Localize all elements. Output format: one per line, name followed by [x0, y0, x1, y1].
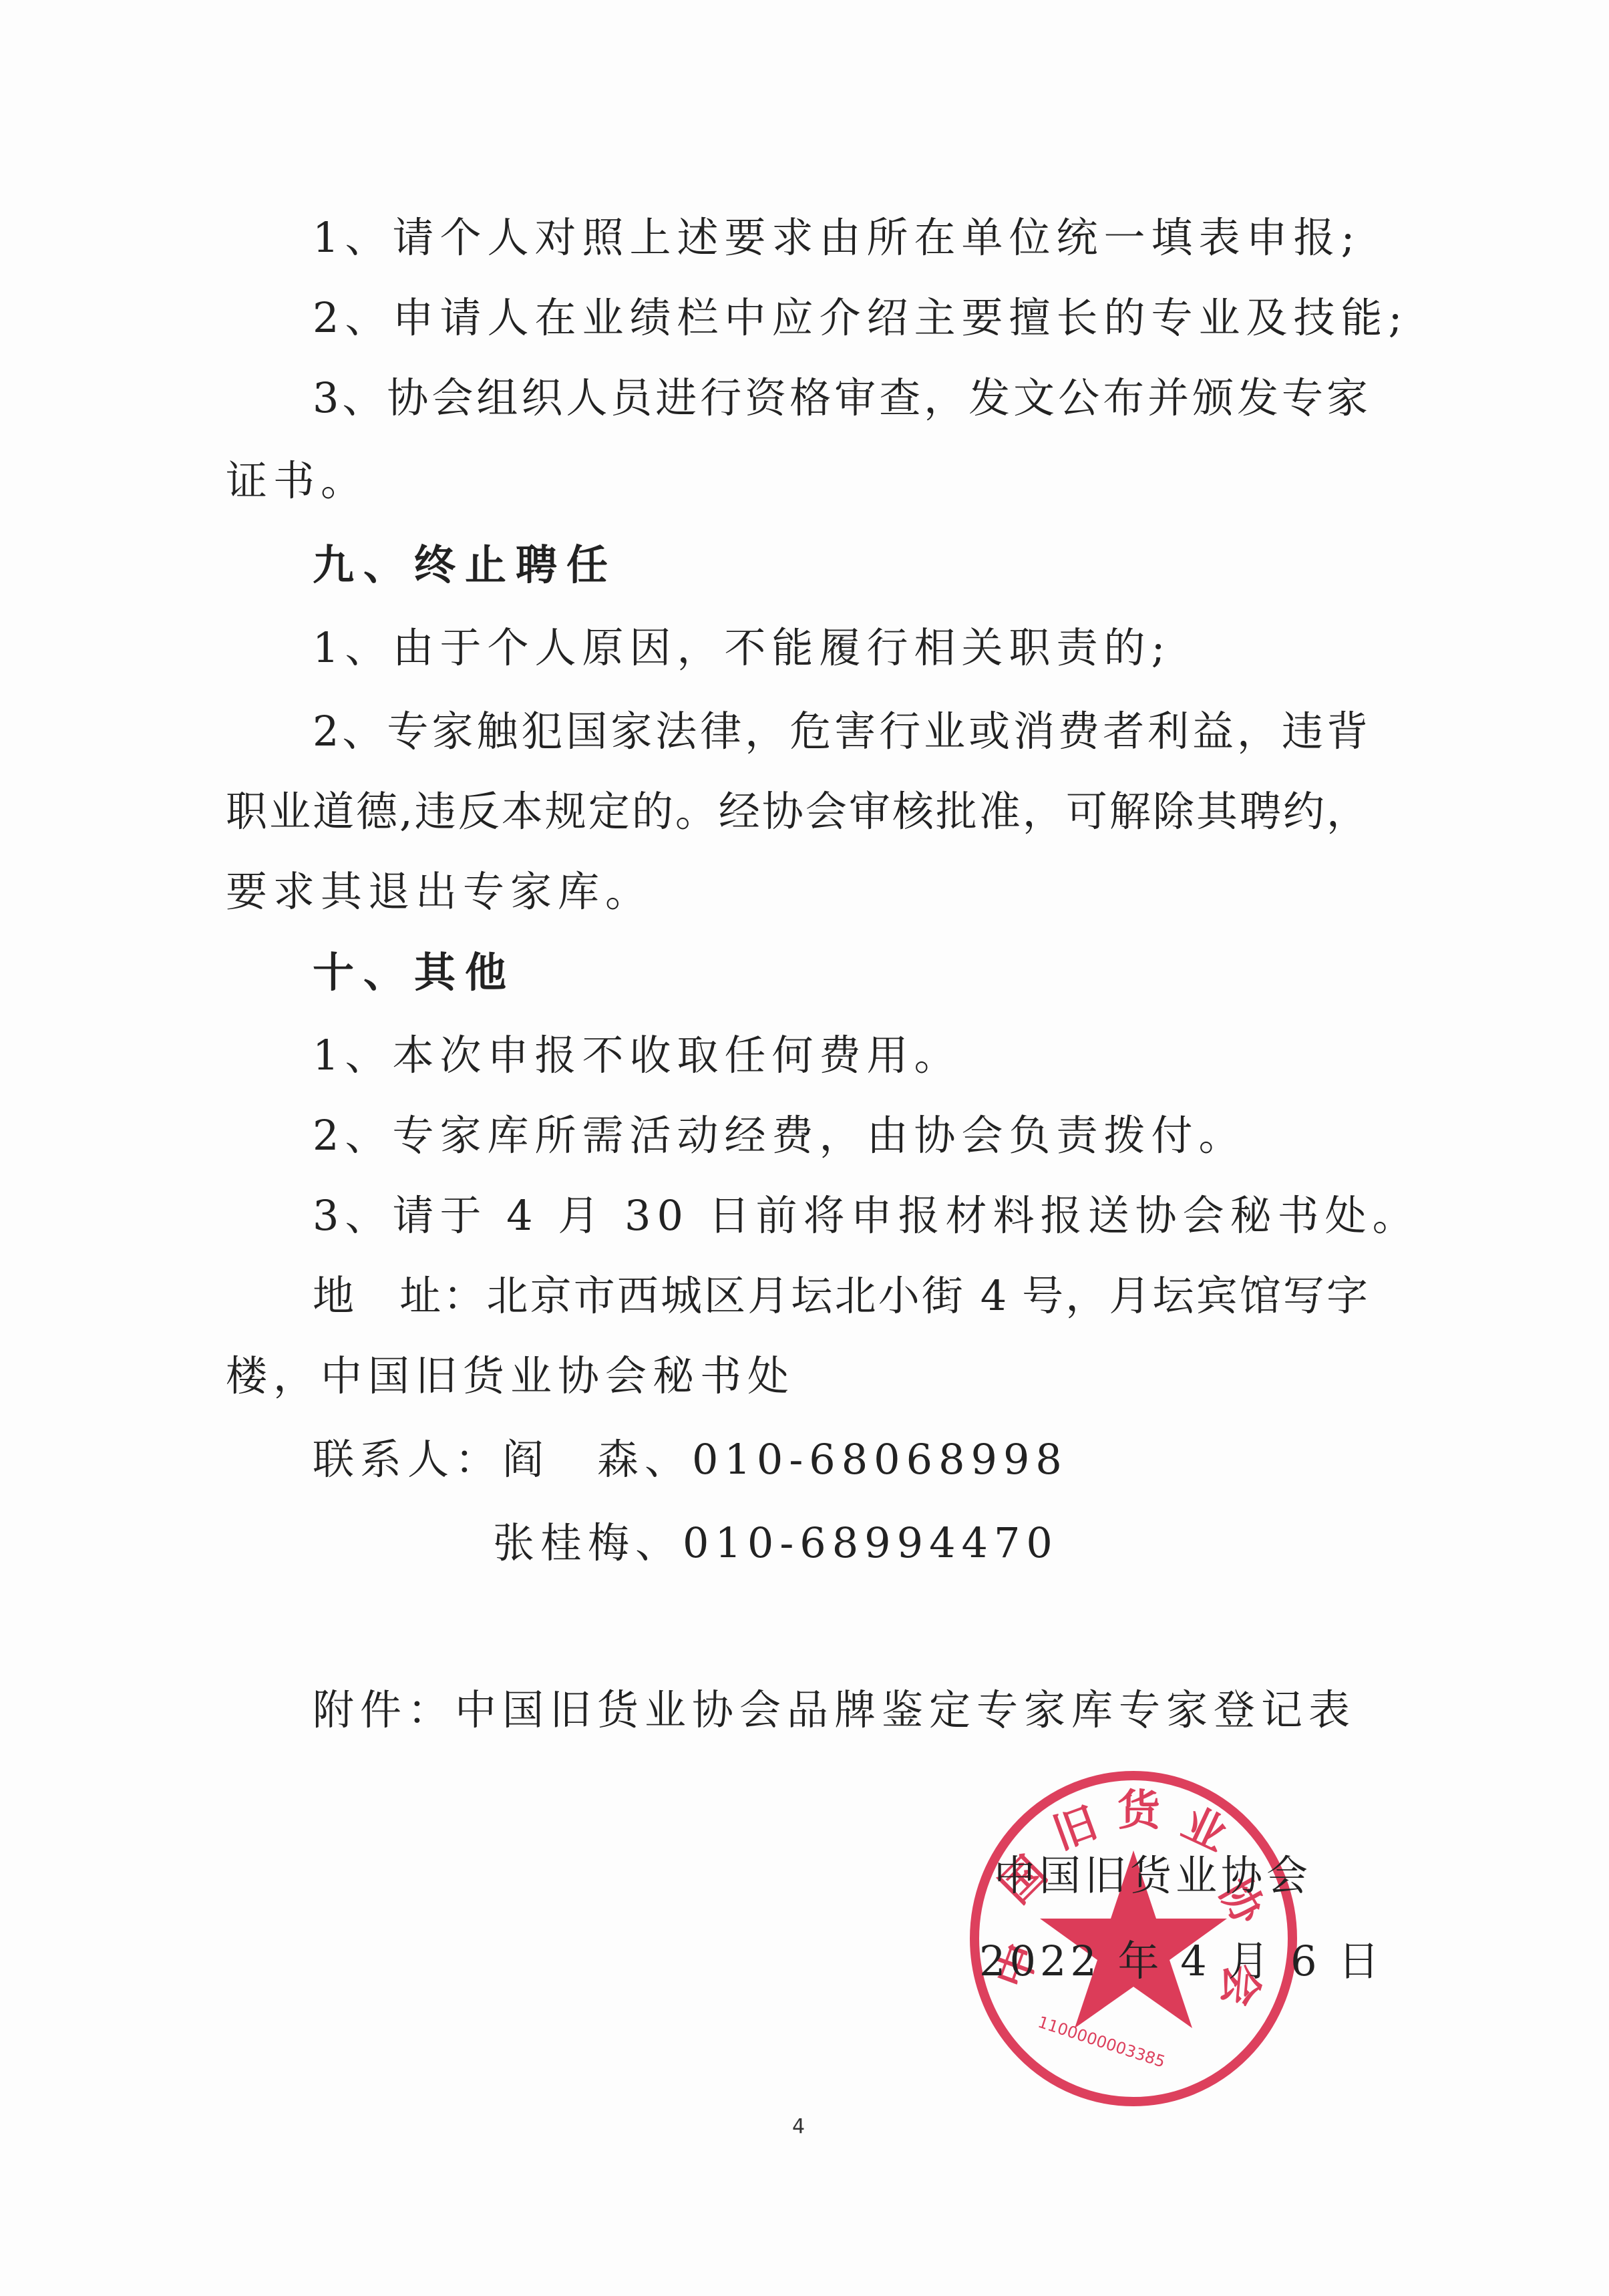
- section10-item-2: 2、专家库所需活动经费，由协会负责拨付。: [313, 1109, 1246, 1162]
- section8-item-3-continued: 证书。: [226, 454, 368, 508]
- contact-line-2: 张桂梅、010-68994470: [493, 1516, 1059, 1570]
- section9-item-2-end: 要求其退出专家库。: [226, 865, 653, 919]
- address-line-2: 楼，中国旧货业协会秘书处: [226, 1349, 795, 1403]
- contact-line-1: 联系人：阎 森、010-68068998: [313, 1433, 1068, 1486]
- section9-item-2-continued: 职业道德,违反本规定的。经协会审核批准，可解除其聘约，: [226, 785, 1368, 838]
- section9-item-1: 1、由于个人原因，不能履行相关职责的;: [313, 621, 1171, 675]
- section9-item-2: 2、专家触犯国家法律，危害行业或消费者利益，违背: [313, 705, 1368, 758]
- document-page: 1、请个人对照上述要求由所在单位统一填表申报; 2、申请人在业绩栏中应介绍主要擅…: [0, 0, 1609, 2296]
- section10-heading: 十、其他: [313, 946, 516, 999]
- page-number: 4: [792, 2115, 805, 2138]
- section10-item-1: 1、本次申报不收取任何费用。: [313, 1029, 961, 1082]
- section9-heading: 九、终止聘任: [313, 538, 617, 592]
- section8-item-3: 3、协会组织人员进行资格审查，发文公布并颁发专家: [313, 371, 1368, 425]
- section8-item-2: 2、申请人在业绩栏中应介绍主要擅长的专业及技能;: [313, 291, 1408, 345]
- section8-item-1: 1、请个人对照上述要求由所在单位统一填表申报;: [313, 211, 1361, 265]
- svg-text:货: 货: [1117, 1786, 1163, 1836]
- address-line-1: 地 址：北京市西城区月坛北小街 4 号，月坛宾馆写字: [313, 1269, 1368, 1323]
- svg-text:1100000003385: 1100000003385: [1035, 2013, 1167, 2072]
- signature-date: 2022 年 4 月 6 日: [979, 1935, 1383, 1988]
- attachment-line: 附件：中国旧货业协会品牌鉴定专家库专家登记表: [313, 1683, 1356, 1737]
- signature-organization: 中国旧货业协会: [994, 1849, 1312, 1903]
- section10-item-3: 3、请于 4 月 30 日前将申报材料报送协会秘书处。: [313, 1189, 1420, 1243]
